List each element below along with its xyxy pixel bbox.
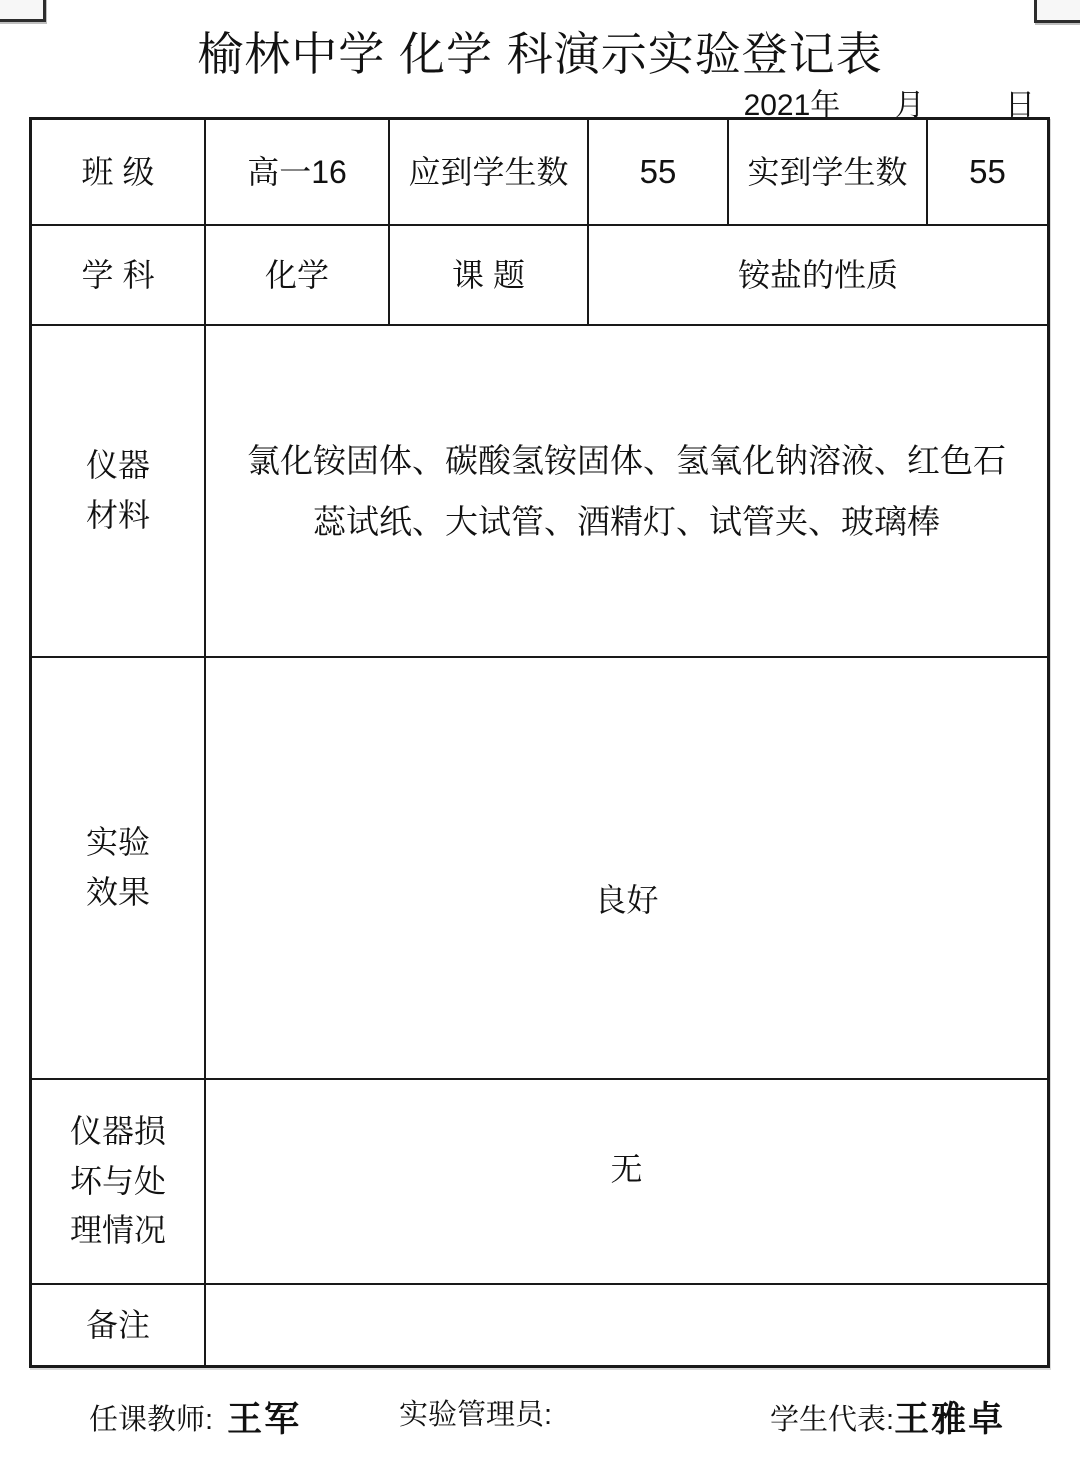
effect-value: 良好 [206, 658, 1047, 1078]
table-row-effect: 实验 效果 良好 [32, 658, 1047, 1080]
remarks-label: 备注 [32, 1285, 206, 1365]
form-title: 榆林中学 化学 科演示实验登记表 [0, 18, 1080, 84]
table-row-remarks: 备注 [32, 1285, 1047, 1365]
student-signature-group: 学生代表: 王雅卓 [770, 1392, 1005, 1442]
damage-value: 无 [206, 1080, 1047, 1283]
materials-value: 氯化铵固体、碳酸氢铵固体、氢氧化钠溶液、红色石 蕊试纸、大试管、酒精灯、试管夹、… [206, 326, 1047, 656]
scanned-form-page: 榆林中学 化学 科演示实验登记表 2021年 月 日 班 级 高一16 应到学生… [0, 0, 1080, 1457]
class-label: 班 级 [32, 120, 206, 224]
manager-signature-group: 实验管理员: [399, 1392, 552, 1433]
teacher-signature-group: 任课教师: 王军 [89, 1392, 301, 1442]
damage-label: 仪器损 坏与处 理情况 [32, 1080, 206, 1283]
signature-line: 任课教师: 王军 实验管理员: 学生代表: 王雅卓 [0, 1392, 1080, 1448]
teacher-label: 任课教师: [89, 1397, 213, 1438]
table-row-damage: 仪器损 坏与处 理情况 无 [32, 1080, 1047, 1285]
topic-value: 铵盐的性质 [589, 226, 1047, 324]
teacher-name: 王军 [227, 1392, 301, 1442]
materials-label: 仪器 材料 [32, 326, 206, 656]
table-row-class: 班 级 高一16 应到学生数 55 实到学生数 55 [32, 120, 1047, 226]
topic-label: 课 题 [390, 226, 589, 324]
actual-students-label: 实到学生数 [729, 120, 928, 224]
expected-students-label: 应到学生数 [390, 120, 589, 224]
table-row-materials: 仪器 材料 氯化铵固体、碳酸氢铵固体、氢氧化钠溶液、红色石 蕊试纸、大试管、酒精… [32, 326, 1047, 658]
remarks-value [206, 1285, 1047, 1365]
registration-table: 班 级 高一16 应到学生数 55 实到学生数 55 学 科 化学 课 题 铵盐… [29, 117, 1050, 1368]
class-value: 高一16 [206, 120, 390, 224]
manager-label: 实验管理员: [399, 1392, 552, 1433]
student-name: 王雅卓 [894, 1392, 1005, 1442]
expected-students-value: 55 [589, 120, 729, 224]
actual-students-value: 55 [928, 120, 1047, 224]
effect-label: 实验 效果 [32, 658, 206, 1078]
subject-value: 化学 [206, 226, 390, 324]
student-label: 学生代表: [770, 1397, 894, 1438]
subject-label: 学 科 [32, 226, 206, 324]
table-row-subject: 学 科 化学 课 题 铵盐的性质 [32, 226, 1047, 326]
